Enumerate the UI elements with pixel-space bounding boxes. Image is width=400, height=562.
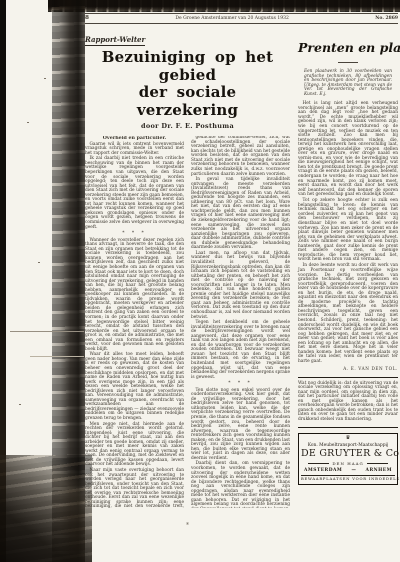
top-edge-smudge <box>48 0 400 12</box>
page-body: Rapport-Welter Bezuiniging op het gebied… <box>85 27 398 529</box>
paragraph: gedachte der commissie-Welter, zich, wat… <box>191 136 290 177</box>
review-intro: Een plaatwerk in 30 voorbeelden van graf… <box>298 70 398 97</box>
paragraph-group: Het is lang niet altijd een verheugend v… <box>298 102 398 364</box>
dash-icon: — <box>351 468 356 473</box>
paragraph-group: Ten slotte nog een enkel woord over de o… <box>191 389 290 508</box>
article-columns: Overheid en particulier. Gaarne wil ik i… <box>85 136 290 508</box>
paper-speck <box>19 404 21 405</box>
article-end-mark: * <box>85 522 290 529</box>
ad-company-type: Kon. Meubeltransport-Maatschappij <box>301 443 395 448</box>
paragraph: Ik zal daarbij niet treden in een critis… <box>85 157 184 230</box>
paragraph: Daarbij dient dan, om versnippering te v… <box>191 462 290 508</box>
main-article: Rapport-Welter Bezuiniging op het gebied… <box>85 27 290 529</box>
ad-company-name: DE GRUYTER & Co. <box>301 448 395 459</box>
review-title: Prenten en platen <box>298 40 398 55</box>
page-number: 8 <box>85 15 89 21</box>
paragraph: Waar dit alles toe moet leiden, behoeft … <box>85 353 184 421</box>
article-kicker: Rapport-Welter <box>85 35 145 46</box>
review-signature: A. E. VAN DEN TOL. <box>298 367 398 372</box>
article-byline: door Dr. F. E. Posthuma <box>85 122 290 130</box>
ad-branch-amsterdam: AMSTERDAM <box>304 468 342 473</box>
paragraph: Tot op zekere hoogte echter is zulk een … <box>298 199 398 263</box>
headline-line-2: der sociale verzekering <box>85 84 290 119</box>
editor-note: Wat nog duidelijk is: dat de uitvoering … <box>298 382 398 423</box>
paragraph: Gaarne wil ik iets omtrent bovenvermeld … <box>85 143 184 157</box>
paragraph: Ten slotte nog een enkel woord over de o… <box>191 389 290 462</box>
title-rule <box>338 62 358 63</box>
column-1-text: Overheid en particulier. Gaarne wil ik i… <box>85 137 184 509</box>
paragraph-group: gedachte der commissie-Welter, zich, wat… <box>191 136 290 380</box>
moving-company-ad: ♛ Kon. Meubeltransport-Maatschappij DE G… <box>298 433 398 485</box>
issue-number: No. 2869 <box>375 16 398 21</box>
divider-rule-top <box>298 377 398 378</box>
column-2-text: gedachte der commissie-Welter, zich, wat… <box>191 136 290 508</box>
masthead: 8 De Groene Amsterdammer van 20 Augustus… <box>85 13 398 24</box>
paragraph: Het is lang niet altijd een verheugend v… <box>298 102 398 197</box>
ad-city: DEN HAAG <box>332 461 363 466</box>
dash-rule-right <box>367 463 388 464</box>
article-column-2: gedachte der commissie-Welter, zich, wat… <box>191 136 290 508</box>
paragraph: Laat men, na afloop van dat tijdvak, wan… <box>191 252 290 320</box>
paragraph: Tegen het denkbeeld om de geheele invali… <box>191 321 290 380</box>
dash-rule-left <box>308 463 329 464</box>
divider-rule-bottom <box>298 427 398 428</box>
section-heading: Overheid en particulier. <box>85 137 184 142</box>
asterisk-separator: * * * <box>85 232 184 237</box>
masthead-title: De Groene Amsterdammer van 20 Augustus 1… <box>175 16 288 21</box>
ad-branch-arnhem: ARNHEM <box>366 468 392 473</box>
paragraph: In geval van tijdelijke invaliditeit ont… <box>191 178 290 251</box>
article-headline: Bezuiniging op het gebied der sociale ve… <box>85 49 290 119</box>
paragraph: Wanneer de voorsteller dezer regelen zic… <box>85 239 184 353</box>
paragraph: Naar mijn vaste overtuiging behoort dan … <box>85 469 184 508</box>
masthead-row: 8 De Groene Amsterdammer van 20 Augustus… <box>85 15 398 21</box>
review-column: Prenten en platen Een plaatwerk in 30 vo… <box>298 27 398 529</box>
paper-speck <box>27 122 29 123</box>
ad-content: ♛ Kon. Meubeltransport-Maatschappij DE G… <box>301 436 395 481</box>
headline-line-1: Bezuiniging op het gebied <box>85 49 290 84</box>
asterisk-separator: * * * <box>191 382 290 387</box>
paragraph-group: Wanneer de voorsteller dezer regelen zic… <box>85 239 184 509</box>
article-column-1: Overheid en particulier. Gaarne wil ik i… <box>85 136 184 508</box>
ad-city-row: DEN HAAG <box>301 461 395 466</box>
margin-scanline-faint <box>30 356 84 357</box>
bottom-left-smudge <box>0 455 92 562</box>
paragraph: Men zegge niet, dat hiermede aan de rech… <box>85 423 184 468</box>
crown-icon: ♛ <box>301 436 395 442</box>
paragraph: In deze leemte wordt nu door dit werk va… <box>298 264 398 364</box>
page-scan: 8 De Groene Amsterdammer van 20 Augustus… <box>85 13 398 529</box>
ad-tagline: BEWAARPLAATSEN VOOR INBOEDELS <box>301 475 395 481</box>
paragraph-group: Gaarne wil ik iets omtrent bovenvermeld … <box>85 143 184 230</box>
paper-speck <box>38 262 40 263</box>
review-body: Het is lang niet altijd een verheugend v… <box>298 102 398 371</box>
margin-scanline <box>10 331 84 332</box>
ad-branches-row: AMSTERDAM — ARNHEM <box>301 468 395 473</box>
paper-speck <box>44 78 46 79</box>
